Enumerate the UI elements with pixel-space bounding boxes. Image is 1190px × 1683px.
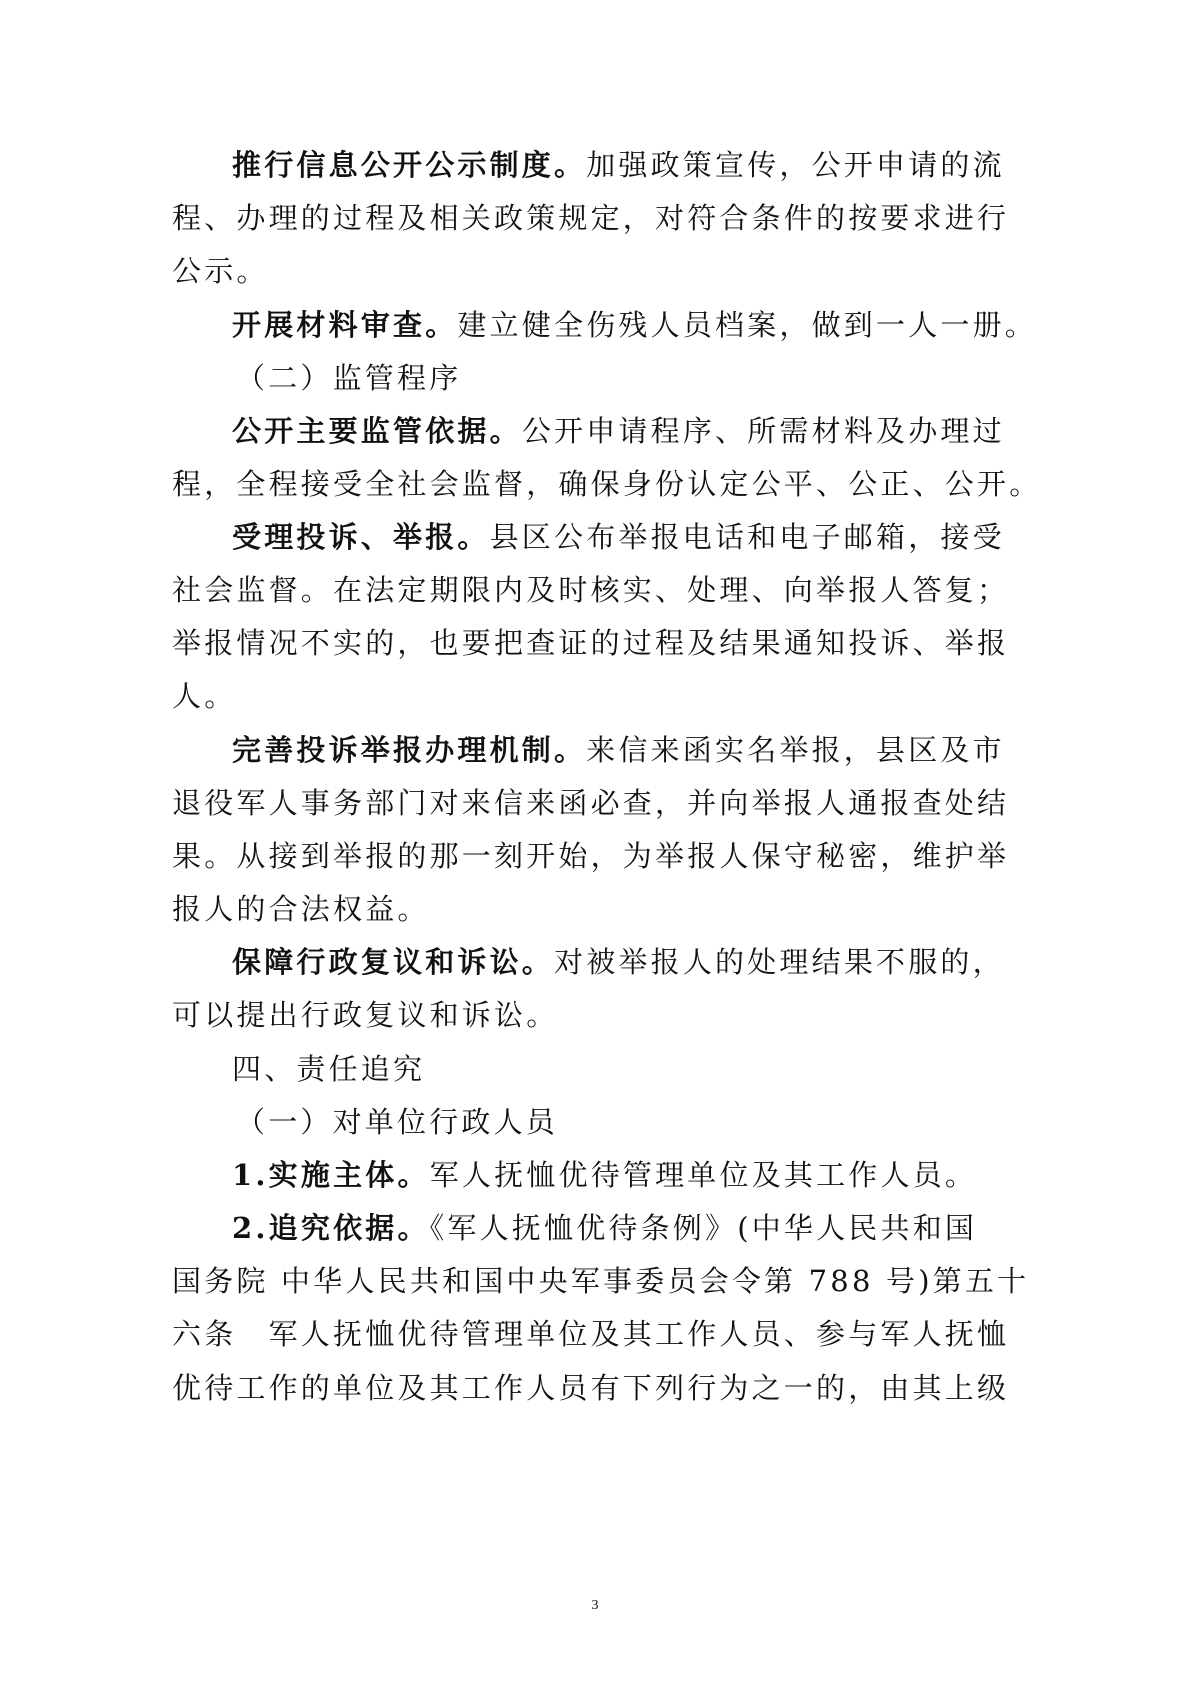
text-line: 程，全程接受全社会监督，确保身份认定公平、公正、公开。 xyxy=(172,464,1012,504)
paragraph-report-mechanism: 完善投诉举报办理机制。来信来函实名举报，县区及市 xyxy=(232,730,1072,770)
body-text: 果。从接到举报的那一刻开始，为举报人保守秘密，维护举 xyxy=(172,839,1009,873)
text-line: 人。 xyxy=(172,676,1012,716)
section-heading-accountability: 四、责任追究 xyxy=(232,1049,1072,1089)
body-text: 军人抚恤优待管理单位及其工作人员。 xyxy=(430,1158,977,1192)
body-text: 来信来函实名举报，县区及市 xyxy=(586,733,1005,767)
body-text: 公示。 xyxy=(172,254,269,288)
body-text: 公开申请程序、所需材料及办理过 xyxy=(522,414,1005,448)
heading-text: （二）监管程序 xyxy=(236,361,461,395)
bold-heading: 保障行政复议和诉讼。 xyxy=(232,945,554,979)
heading-text: 四、责任追究 xyxy=(232,1052,425,1086)
page-number: 3 xyxy=(0,1598,1190,1614)
paragraph-material-review: 开展材料审查。建立健全伤残人员档案，做到一人一册。 xyxy=(232,305,1072,345)
bold-heading: 推行信息公开公示制度。 xyxy=(232,148,586,182)
body-text: 举报情况不实的，也要把查证的过程及结果通知投诉、举报 xyxy=(172,626,1009,660)
text-line: 六条 军人抚恤优待管理单位及其工作人员、参与军人抚恤 xyxy=(172,1314,1012,1354)
body-text: 对被举报人的处理结果不服的， xyxy=(554,945,1005,979)
paragraph-basis: 2.追究依据。《军人抚恤优待条例》(中华人民共和国 xyxy=(232,1208,1072,1248)
paragraph-subject: 1.实施主体。军人抚恤优待管理单位及其工作人员。 xyxy=(232,1155,1072,1195)
body-text: 报人的合法权益。 xyxy=(172,892,430,926)
text-line: 程、办理的过程及相关政策规定，对符合条件的按要求进行 xyxy=(172,198,1012,238)
body-text: 《军人抚恤优待条例》(中华人民共和国 xyxy=(430,1211,977,1245)
body-text: 人。 xyxy=(172,679,236,713)
document-page: 推行信息公开公示制度。加强政策宣传，公开申请的流 程、办理的过程及相关政策规定，… xyxy=(0,0,1190,1683)
text-line: 社会监督。在法定期限内及时核实、处理、向举报人答复； xyxy=(172,570,1012,610)
bold-heading: 完善投诉举报办理机制。 xyxy=(232,733,586,767)
paragraph-supervision-basis: 公开主要监管依据。公开申请程序、所需材料及办理过 xyxy=(232,411,1072,451)
bold-heading: 受理投诉、举报。 xyxy=(232,520,490,554)
bold-heading: 2.追究依据。 xyxy=(232,1211,430,1245)
heading-text: （一）对单位行政人员 xyxy=(236,1105,558,1139)
paragraph-review-litigation: 保障行政复议和诉讼。对被举报人的处理结果不服的， xyxy=(232,942,1072,982)
body-text: 国务院 中华人民共和国中央军事委员会令第 788 号)第五十 xyxy=(172,1264,1029,1298)
body-text: 加强政策宣传，公开申请的流 xyxy=(586,148,1005,182)
section-heading-admin-staff: （一）对单位行政人员 xyxy=(236,1102,1076,1142)
body-text: 建立健全伤残人员档案，做到一人一册。 xyxy=(457,308,1037,342)
section-heading-supervision: （二）监管程序 xyxy=(236,358,1076,398)
body-text: 退役军人事务部门对来信来函必查，并向举报人通报查处结 xyxy=(172,786,1009,820)
bold-heading: 开展材料审查。 xyxy=(232,308,457,342)
paragraph-info-disclosure: 推行信息公开公示制度。加强政策宣传，公开申请的流 xyxy=(232,145,1072,185)
body-text: 社会监督。在法定期限内及时核实、处理、向举报人答复； xyxy=(172,573,1009,607)
body-text: 六条 军人抚恤优待管理单位及其工作人员、参与军人抚恤 xyxy=(172,1317,1009,1351)
body-text: 程，全程接受全社会监督，确保身份认定公平、公正、公开。 xyxy=(172,467,1041,501)
body-text: 优待工作的单位及其工作人员有下列行为之一的，由其上级 xyxy=(172,1371,1009,1405)
bold-heading: 公开主要监管依据。 xyxy=(232,414,522,448)
paragraph-complaints: 受理投诉、举报。县区公布举报电话和电子邮箱，接受 xyxy=(232,517,1072,557)
text-line: 退役军人事务部门对来信来函必查，并向举报人通报查处结 xyxy=(172,783,1012,823)
text-line: 可以提出行政复议和诉讼。 xyxy=(172,995,1012,1035)
body-text: 县区公布举报电话和电子邮箱，接受 xyxy=(490,520,1005,554)
body-text: 程、办理的过程及相关政策规定，对符合条件的按要求进行 xyxy=(172,201,1009,235)
body-text: 可以提出行政复议和诉讼。 xyxy=(172,998,558,1032)
text-line: 公示。 xyxy=(172,251,1012,291)
text-line: 国务院 中华人民共和国中央军事委员会令第 788 号)第五十 xyxy=(172,1261,1012,1301)
text-line: 果。从接到举报的那一刻开始，为举报人保守秘密，维护举 xyxy=(172,836,1012,876)
text-line: 举报情况不实的，也要把查证的过程及结果通知投诉、举报 xyxy=(172,623,1012,663)
text-line: 优待工作的单位及其工作人员有下列行为之一的，由其上级 xyxy=(172,1368,1012,1408)
text-line: 报人的合法权益。 xyxy=(172,889,1012,929)
bold-heading: 1.实施主体。 xyxy=(232,1158,430,1192)
